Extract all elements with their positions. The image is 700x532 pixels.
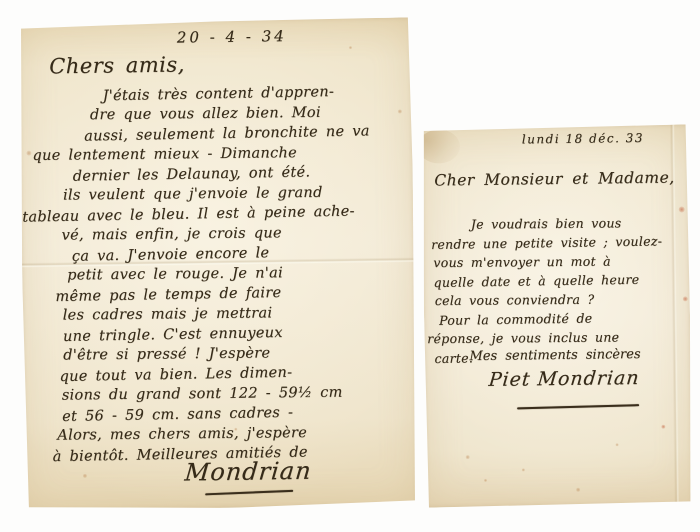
paper-stain (418, 129, 460, 164)
signature-piet-mondrian: Piet Mondrian (488, 366, 692, 390)
letter-left-salutation: Chers amis, (49, 49, 411, 78)
foxing-spot (83, 474, 87, 478)
letter-left: 20 - 4 - 34 Chers amis, J'étais très con… (19, 17, 418, 510)
signature-underline (517, 404, 639, 409)
letter-right-date: lundi 18 déc. 33 (522, 130, 688, 146)
foxing-spot (683, 296, 688, 301)
signature-underline (205, 490, 293, 496)
signature-mondrian: Mondrian (184, 455, 419, 486)
foxing-spot (466, 455, 470, 459)
foxing-spot (679, 206, 685, 212)
foxing-spot (26, 151, 31, 156)
foxing-spot (661, 425, 665, 429)
foxing-spot (349, 46, 352, 49)
photo-of-letters: 20 - 4 - 34 Chers amis, J'étais très con… (0, 0, 700, 532)
letter-right: lundi 18 déc. 33 Cher Monsieur et Madame… (422, 124, 693, 507)
foxing-spot (616, 443, 619, 446)
letter-right-body: Je voudrais bien vous rendre une petite … (423, 212, 691, 367)
letter-right-salutation: Cher Monsieur et Madame, (434, 168, 688, 189)
foxing-spot (234, 428, 237, 431)
letter-right-closing: Mes sentiments sincères (469, 346, 690, 364)
foxing-spot (484, 479, 487, 482)
foxing-spot (398, 109, 402, 113)
letter-left-date: 20 - 4 - 34 (177, 25, 411, 46)
foxing-spot (576, 488, 580, 492)
foxing-spot (522, 468, 525, 471)
letter-left-body: J'étais très content d'appren- dre que v… (20, 81, 417, 466)
